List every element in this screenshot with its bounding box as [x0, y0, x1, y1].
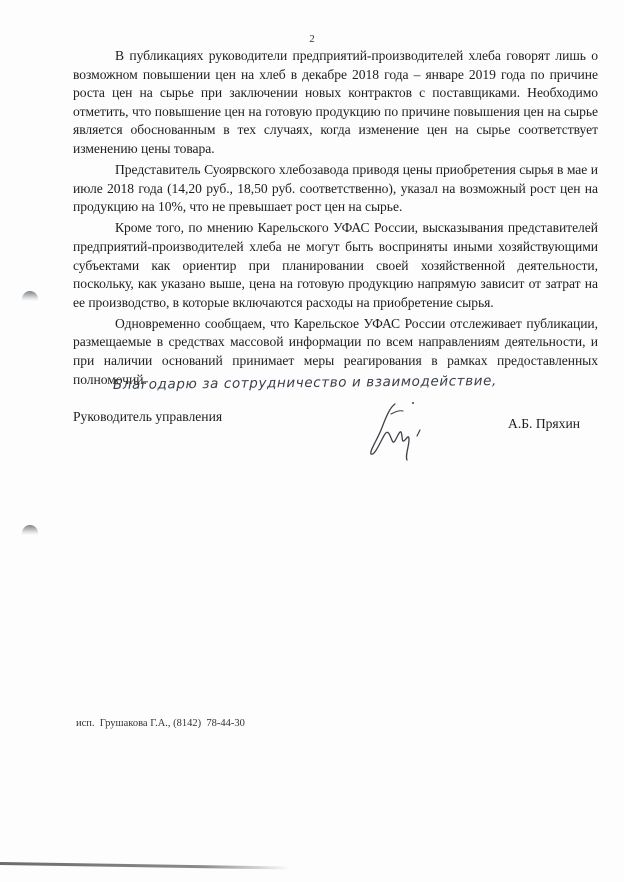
scan-edge-shadow — [0, 862, 290, 870]
page-number: 2 — [0, 33, 624, 45]
punch-hole-lower — [22, 525, 38, 535]
handwritten-signature — [355, 400, 435, 466]
paragraph-karelian-fas-opinion: Кроме того, по мнению Карельского УФАС Р… — [73, 219, 598, 312]
signatory-position: Руководитель управления — [73, 409, 222, 425]
executor-contact: исп. Грушакова Г.А., (8142) 78-44-30 — [76, 718, 245, 729]
paragraph-suoyarvi-bakery: Представитель Суоярвского хлебозавода пр… — [73, 161, 598, 217]
paragraph-bread-price-publications: В публикациях руководители предприятий-п… — [73, 47, 598, 159]
signatory-name: А.Б. Пряхин — [508, 416, 580, 432]
letter-body: В публикациях руководители предприятий-п… — [73, 47, 598, 392]
punch-hole-upper — [22, 291, 38, 301]
